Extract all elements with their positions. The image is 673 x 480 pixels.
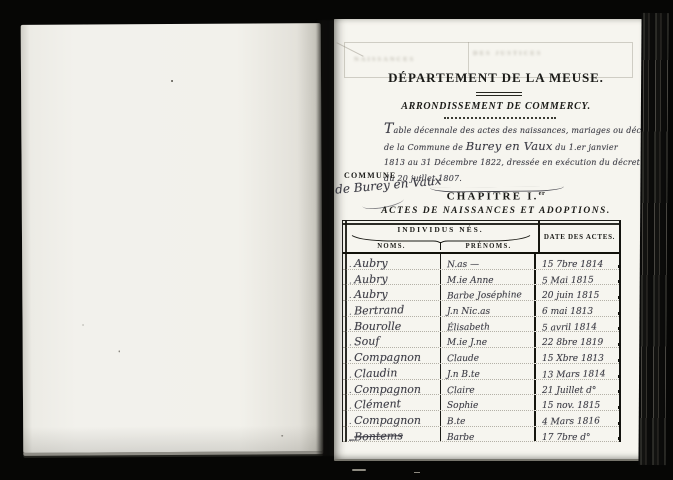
department-title: DÉPARTEMENT DE LA MEUSE. — [356, 70, 636, 86]
register-page: NAISSANCES DES JUSTICES DÉPARTEMENT DE L… — [334, 19, 642, 459]
commune-name-inline: Burey en Vaux — [466, 139, 553, 153]
cell-prenom: Élisabeth — [441, 317, 536, 332]
column-header-noms: NOMS. — [343, 242, 441, 250]
handwritten-date: 20 juin 1815 — [536, 288, 599, 301]
preamble-line: de la Commune de Burey en Vaux du 1.er j… — [384, 139, 622, 156]
cell-date: 15 7bre 1814 — [536, 254, 619, 269]
handwritten-surname: Compagnon — [343, 382, 421, 396]
handwritten-date: 5 Mai 1815 — [536, 272, 594, 286]
handwritten-firstname: Élisabeth — [441, 319, 490, 333]
handwritten-firstname: Claire — [441, 382, 475, 396]
cell-nom: Claudin — [343, 364, 441, 379]
cell-prenom: Barbe Joséphine — [441, 285, 536, 300]
chapter-superscript: er — [539, 190, 546, 197]
ink-speck — [281, 435, 283, 436]
preamble-text: du 1.er janvier — [553, 143, 618, 152]
handwritten-firstname: J.n Nic.as — [441, 304, 490, 317]
handwritten-firstname: M.ie J.ne — [441, 335, 487, 348]
handwritten-firstname: Barbe — [441, 430, 474, 442]
cell-nom: Compagnon — [343, 348, 441, 363]
table-header: INDIVIDUS NÉS. NOMS. PRÉNOMS. DATE DES A… — [343, 221, 619, 254]
handwritten-firstname: N.as — — [441, 257, 479, 271]
double-rule-divider — [476, 92, 522, 96]
cell-prenom: Claire — [441, 380, 536, 395]
scan-debris — [352, 469, 366, 471]
handwritten-surname: Aubry — [343, 271, 388, 286]
cell-nom: Bontems — [343, 427, 441, 442]
brace-icon — [343, 234, 538, 242]
cell-date: 4 Mars 1816 — [536, 411, 619, 426]
handwritten-surname: Aubry — [343, 256, 388, 270]
table-row: Claudin J.n B.te 13 Mars 1814 — [343, 364, 619, 380]
scan-debris — [414, 472, 420, 473]
table-row: Souf M.ie J.ne 22 8bre 1819 — [343, 332, 619, 348]
preamble-line: Table décennale des actes des naissances… — [384, 122, 622, 139]
cell-date: 21 Juillet d° — [536, 380, 619, 395]
handwritten-date: 6 mai 1813 — [536, 304, 593, 317]
cell-nom: Compagnon — [343, 411, 441, 426]
handwritten-date: 15 Xbre 1813 — [536, 351, 604, 364]
bleed-through-text-right: DES JUSTICES — [473, 50, 542, 57]
cell-prenom: Sophie — [441, 395, 536, 410]
handwritten-date: 17 7bre d° — [536, 430, 591, 442]
handwritten-firstname: Barbe Joséphine — [441, 288, 522, 302]
ink-speck — [171, 80, 173, 82]
cell-date: 5 avril 1814 — [536, 317, 619, 332]
table-row: Clément Sophie 15 nov. 1815 — [343, 395, 619, 411]
chapter-text: CHAPITRE I. — [447, 191, 539, 203]
table-row: Bontems Barbe 17 7bre d° — [343, 427, 619, 442]
cell-date: 15 Xbre 1813 — [536, 348, 619, 363]
group-header-label: INDIVIDUS NÉS. — [343, 221, 538, 234]
register-table: INDIVIDUS NÉS. NOMS. PRÉNOMS. DATE DES A… — [342, 220, 621, 442]
handwritten-firstname: Claude — [441, 351, 479, 365]
handwritten-firstname: M.ie Anne — [441, 273, 494, 286]
column-header-date: DATE DES ACTES. — [538, 221, 619, 252]
left-blank-page — [21, 23, 324, 453]
scan-background: NAISSANCES DES JUSTICES DÉPARTEMENT DE L… — [0, 0, 673, 480]
table-row: Compagnon Claire 21 Juillet d° — [343, 380, 619, 396]
cell-date: 17 7bre d° — [536, 427, 619, 442]
handwritten-surname: Compagnon — [343, 350, 421, 364]
handwritten-firstname: B.te — [441, 414, 466, 427]
cell-prenom: J.n Nic.as — [441, 301, 536, 316]
table-row: Compagnon B.te 4 Mars 1816 — [343, 411, 619, 427]
table-row: Aubry M.ie Anne 5 Mai 1815 — [343, 270, 619, 286]
table-row: Aubry Barbe Joséphine 20 juin 1815 — [343, 285, 619, 301]
chapter-title: CHAPITRE I.er — [356, 190, 636, 203]
cell-prenom: M.ie J.ne — [441, 332, 536, 347]
handwritten-surname: Bertrand — [343, 302, 405, 318]
handwritten-surname: Claudin — [343, 365, 398, 381]
cell-date: 6 mai 1813 — [536, 301, 619, 316]
section-title: ACTES DE NAISSANCES ET ADOPTIONS. — [356, 206, 636, 216]
table-row: Aubry N.as — 15 7bre 1814 — [343, 254, 619, 270]
handwritten-date: 22 8bre 1819 — [536, 335, 603, 348]
cell-prenom: J.n B.te — [441, 364, 536, 379]
cell-nom: Bertrand — [343, 301, 441, 316]
cell-prenom: N.as — — [441, 254, 536, 269]
table-row: Bertrand J.n Nic.as 6 mai 1813 — [343, 301, 619, 317]
handwritten-date: 4 Mars 1816 — [536, 413, 600, 427]
handwritten-date: 5 avril 1814 — [536, 319, 597, 333]
handwritten-surname: Aubry — [343, 287, 388, 301]
arrondissement-title: ARRONDISSEMENT DE COMMERCY. — [356, 101, 636, 112]
table-body: Aubry N.as — 15 7bre 1814 Aubry M.ie Ann… — [343, 254, 619, 442]
cell-nom: Souf — [343, 332, 441, 347]
preamble-line: 1813 au 31 Décembre 1822, dressée en exé… — [384, 155, 622, 171]
cell-nom: Compagnon — [343, 380, 441, 395]
handwritten-date: 13 Mars 1814 — [536, 366, 606, 380]
handwritten-firstname: J.n B.te — [441, 367, 480, 380]
page-fore-edges — [638, 13, 668, 465]
cell-date: 5 Mai 1815 — [536, 270, 619, 285]
handwritten-surname: Clément — [343, 396, 401, 412]
handwritten-date: 15 7bre 1814 — [536, 257, 603, 270]
ink-speck — [119, 350, 120, 352]
table-row: Compagnon Claude 15 Xbre 1813 — [343, 348, 619, 364]
cell-prenom: M.ie Anne — [441, 270, 536, 285]
cell-nom: Aubry — [343, 270, 441, 285]
cell-nom: Bourolle — [343, 317, 441, 332]
handwritten-firstname: Sophie — [441, 398, 478, 411]
handwritten-surname: Compagnon — [343, 413, 421, 427]
cell-date: 15 nov. 1815 — [536, 395, 619, 410]
handwritten-surname: Bourolle — [343, 319, 401, 333]
bleed-through-text-left: NAISSANCES — [354, 56, 415, 63]
cell-prenom: B.te — [441, 411, 536, 426]
handwritten-date: 21 Juillet d° — [536, 383, 596, 396]
handwritten-surname: Bontems — [343, 428, 403, 442]
column-header-prenoms: PRÉNOMS. — [441, 242, 536, 250]
cell-date: 22 8bre 1819 — [536, 332, 619, 347]
cell-nom: Aubry — [343, 254, 441, 269]
group-header-cell: INDIVIDUS NÉS. NOMS. PRÉNOMS. — [343, 221, 538, 252]
cell-nom: Aubry — [343, 285, 441, 300]
handwritten-surname: Souf — [343, 334, 380, 349]
dotted-rule-divider — [444, 117, 556, 119]
cell-prenom: Barbe — [441, 427, 536, 442]
cell-nom: Clément — [343, 395, 441, 410]
cell-date: 13 Mars 1814 — [536, 364, 619, 379]
cell-date: 20 juin 1815 — [536, 285, 619, 300]
sub-header-row: NOMS. PRÉNOMS. — [343, 242, 538, 250]
preamble-text: de la Commune de — [384, 143, 466, 152]
handwritten-date: 15 nov. 1815 — [536, 398, 600, 411]
ink-speck — [83, 325, 84, 326]
table-row: Bourolle Élisabeth 5 avril 1814 — [343, 317, 619, 333]
cell-prenom: Claude — [441, 348, 536, 363]
